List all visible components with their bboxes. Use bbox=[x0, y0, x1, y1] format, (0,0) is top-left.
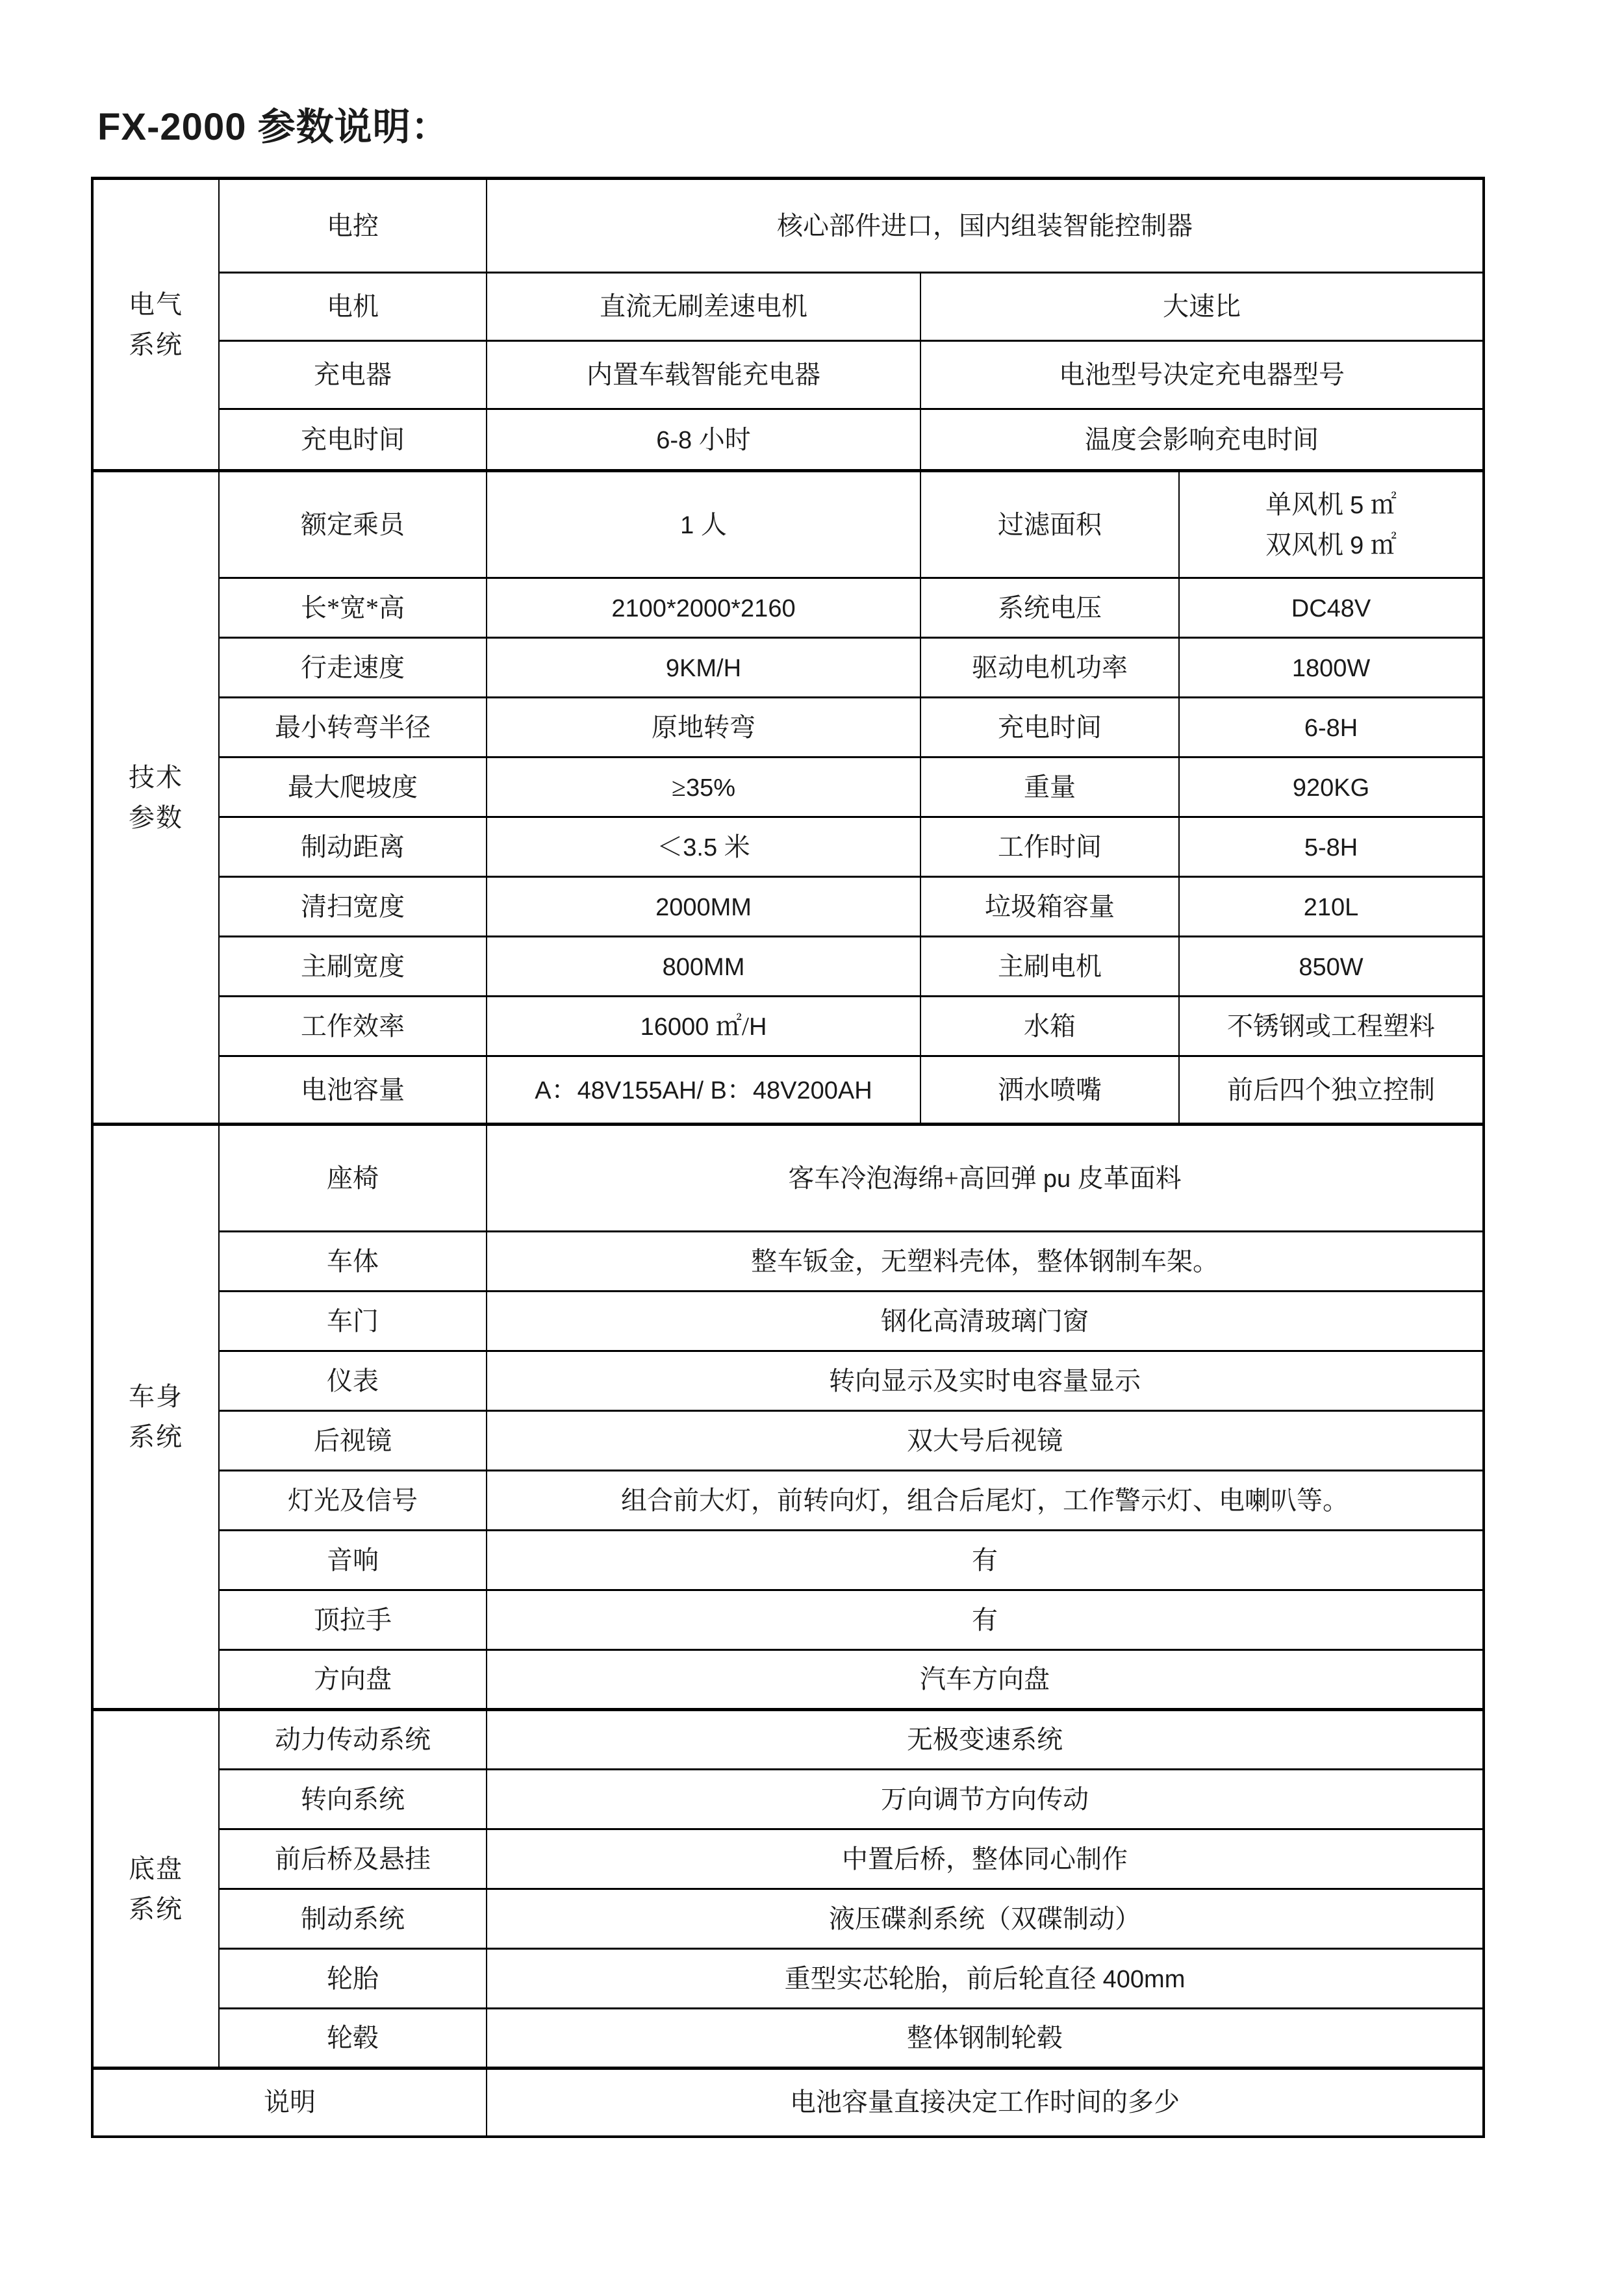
table-row: 音响有 bbox=[92, 1531, 1484, 1590]
spec-label-cell: 行走速度 bbox=[219, 638, 487, 698]
note-label-cell: 说明 bbox=[92, 2069, 487, 2137]
page-title: FX-2000 参数说明： bbox=[97, 96, 450, 151]
spec-value-cell: 钢化高清玻璃门窗 bbox=[487, 1292, 1484, 1351]
table-row: 最小转弯半径原地转弯充电时间6-8H bbox=[92, 698, 1484, 758]
latin-run: 6-8 bbox=[656, 427, 698, 454]
spec-value-cell: 整体钢制轮毂 bbox=[487, 2009, 1484, 2069]
spec-label-cell: 后视镜 bbox=[219, 1411, 487, 1471]
spec-label-cell: 额定乘员 bbox=[219, 471, 487, 578]
table-row: 制动系统液压碟刹系统（双碟制动） bbox=[92, 1889, 1484, 1949]
table-row: 顶拉手有 bbox=[92, 1590, 1484, 1650]
note-value-cell: 电池容量直接决定工作时间的多少 bbox=[487, 2069, 1484, 2137]
spec-value-cell: 过滤面积 bbox=[920, 471, 1179, 578]
spec-value-cell: A：48V155AH/ B：48V200AH bbox=[487, 1056, 920, 1125]
spec-label-cell: 电机 bbox=[219, 273, 487, 341]
spec-value-cell: 1800W bbox=[1179, 638, 1484, 698]
spec-value-cell: DC48V bbox=[1179, 578, 1484, 638]
table-row: 主刷宽度800MM主刷电机850W bbox=[92, 937, 1484, 997]
spec-table-body: 电气系统电控核心部件进口，国内组装智能控制器电机直流无刷差速电机大速比充电器内置… bbox=[92, 179, 1484, 2137]
spec-label-cell: 制动距离 bbox=[219, 817, 487, 877]
spec-value-cell: 9KM/H bbox=[487, 638, 920, 698]
spec-value-cell: 垃圾箱容量 bbox=[920, 877, 1179, 937]
spec-value-cell: 有 bbox=[487, 1590, 1484, 1650]
spec-label-cell: 最小转弯半径 bbox=[219, 698, 487, 758]
spec-value-cell: ＜3.5 米 bbox=[487, 817, 920, 877]
table-row-note: 说明电池容量直接决定工作时间的多少 bbox=[92, 2069, 1484, 2137]
spec-value-cell: 单风机 5 ㎡双风机 9 ㎡ bbox=[1179, 471, 1484, 578]
table-row: 长*宽*高2100*2000*2160系统电压DC48V bbox=[92, 578, 1484, 638]
spec-table: 电气系统电控核心部件进口，国内组装智能控制器电机直流无刷差速电机大速比充电器内置… bbox=[91, 177, 1485, 2138]
table-row: 车体整车钣金，无塑料壳体，整体钢制车架。 bbox=[92, 1232, 1484, 1292]
spec-value-cell: 组合前大灯，前转向灯，组合后尾灯，工作警示灯、电喇叭等。 bbox=[487, 1471, 1484, 1531]
spec-label-cell: 前后桥及悬挂 bbox=[219, 1829, 487, 1889]
spec-value-cell: 电池型号决定充电器型号 bbox=[920, 341, 1484, 409]
table-row: 灯光及信号组合前大灯，前转向灯，组合后尾灯，工作警示灯、电喇叭等。 bbox=[92, 1471, 1484, 1531]
section-header-cell-chassis-system: 底盘系统 bbox=[92, 1710, 219, 2069]
spec-label-cell: 车体 bbox=[219, 1232, 487, 1292]
table-row: 制动距离＜3.5 米工作时间5-8H bbox=[92, 817, 1484, 877]
latin-run: 16000 bbox=[641, 1013, 716, 1041]
spec-value-cell: 中置后桥，整体同心制作 bbox=[487, 1829, 1484, 1889]
spec-value-cell: 210L bbox=[1179, 877, 1484, 937]
latin-run: 48V155AH/ B bbox=[577, 1077, 727, 1104]
spec-value-cell: 液压碟刹系统（双碟制动） bbox=[487, 1889, 1484, 1949]
spec-value-cell: 1 人 bbox=[487, 471, 920, 578]
spec-value-cell: 整车钣金，无塑料壳体，整体钢制车架。 bbox=[487, 1232, 1484, 1292]
spec-label-cell: 座椅 bbox=[219, 1125, 487, 1232]
spec-value-cell: 2000MM bbox=[487, 877, 920, 937]
spec-value-cell: 800MM bbox=[487, 937, 920, 997]
latin-run: 850W bbox=[1299, 954, 1363, 981]
spec-label-cell: 长*宽*高 bbox=[219, 578, 487, 638]
spec-value-cell: 水箱 bbox=[920, 997, 1179, 1056]
table-row: 电气系统电控核心部件进口，国内组装智能控制器 bbox=[92, 179, 1484, 273]
spec-value-cell: 5-8H bbox=[1179, 817, 1484, 877]
table-row: 车身系统座椅客车冷泡海绵+高回弹 pu 皮革面料 bbox=[92, 1125, 1484, 1232]
spec-value-cell: 6-8 小时 bbox=[487, 409, 920, 471]
spec-label-cell: 轮胎 bbox=[219, 1949, 487, 2009]
latin-run: A bbox=[535, 1077, 551, 1104]
spec-value-cell: 原地转弯 bbox=[487, 698, 920, 758]
latin-run: pu bbox=[1043, 1165, 1078, 1193]
document-page: FX-2000 参数说明： 电气系统电控核心部件进口，国内组装智能控制器电机直流… bbox=[0, 0, 1624, 2279]
spec-value-cell: 万向调节方向传动 bbox=[487, 1770, 1484, 1829]
table-row: 仪表转向显示及实时电容量显示 bbox=[92, 1351, 1484, 1411]
spec-value-cell: 920KG bbox=[1179, 758, 1484, 817]
table-row: 工作效率16000 ㎡/H水箱不锈钢或工程塑料 bbox=[92, 997, 1484, 1056]
spec-value-cell: 重量 bbox=[920, 758, 1179, 817]
spec-label-cell: 电控 bbox=[219, 179, 487, 273]
table-row: 清扫宽度2000MM垃圾箱容量210L bbox=[92, 877, 1484, 937]
spec-value-cell: 2100*2000*2160 bbox=[487, 578, 920, 638]
table-row: 充电器内置车载智能充电器电池型号决定充电器型号 bbox=[92, 341, 1484, 409]
spec-label-cell: 充电时间 bbox=[219, 409, 487, 471]
table-row: 电池容量A：48V155AH/ B：48V200AH洒水喷嘴前后四个独立控制 bbox=[92, 1056, 1484, 1125]
spec-label-cell: 制动系统 bbox=[219, 1889, 487, 1949]
latin-run: 2100*2000*2160 bbox=[611, 595, 795, 622]
spec-value-cell: 直流无刷差速电机 bbox=[487, 273, 920, 341]
spec-value-cell: 核心部件进口，国内组装智能控制器 bbox=[487, 179, 1484, 273]
spec-value-cell: 无极变速系统 bbox=[487, 1710, 1484, 1770]
spec-label-cell: 轮毂 bbox=[219, 2009, 487, 2069]
spec-label-cell: 灯光及信号 bbox=[219, 1471, 487, 1531]
latin-run: 9KM/H bbox=[666, 655, 741, 682]
spec-label-cell: 车门 bbox=[219, 1292, 487, 1351]
latin-run: 800MM bbox=[663, 954, 745, 981]
spec-label-cell: 音响 bbox=[219, 1531, 487, 1590]
latin-run: 48V200AH bbox=[753, 1077, 872, 1104]
spec-value-cell: ≥35% bbox=[487, 758, 920, 817]
spec-value-cell: 温度会影响充电时间 bbox=[920, 409, 1484, 471]
spec-value-cell: 有 bbox=[487, 1531, 1484, 1590]
section-header-cell-technical-parameters: 技术参数 bbox=[92, 471, 219, 1125]
spec-label-cell: 仪表 bbox=[219, 1351, 487, 1411]
latin-run: 5 bbox=[1350, 492, 1371, 519]
table-row: 转向系统万向调节方向传动 bbox=[92, 1770, 1484, 1829]
spec-label-cell: 电池容量 bbox=[219, 1056, 487, 1125]
table-row: 方向盘汽车方向盘 bbox=[92, 1650, 1484, 1710]
spec-value-cell: 850W bbox=[1179, 937, 1484, 997]
spec-value-cell: 主刷电机 bbox=[920, 937, 1179, 997]
table-row: 前后桥及悬挂中置后桥，整体同心制作 bbox=[92, 1829, 1484, 1889]
table-row: 轮毂整体钢制轮毂 bbox=[92, 2009, 1484, 2069]
spec-value-cell: 汽车方向盘 bbox=[487, 1650, 1484, 1710]
spec-label-cell: 顶拉手 bbox=[219, 1590, 487, 1650]
spec-value-cell: 16000 ㎡/H bbox=[487, 997, 920, 1056]
latin-run: 35% bbox=[686, 774, 735, 802]
latin-run: 5-8H bbox=[1304, 834, 1358, 861]
spec-value-cell: 客车冷泡海绵+高回弹 pu 皮革面料 bbox=[487, 1125, 1484, 1232]
latin-run: 210L bbox=[1304, 894, 1359, 921]
table-row: 最大爬坡度≥35%重量920KG bbox=[92, 758, 1484, 817]
spec-value-cell: 转向显示及实时电容量显示 bbox=[487, 1351, 1484, 1411]
section-header-cell-electrical-system: 电气系统 bbox=[92, 179, 219, 471]
latin-run: 9 bbox=[1350, 532, 1371, 559]
table-row: 后视镜双大号后视镜 bbox=[92, 1411, 1484, 1471]
spec-value-cell: 6-8H bbox=[1179, 698, 1484, 758]
spec-label-cell: 工作效率 bbox=[219, 997, 487, 1056]
spec-value-cell: 内置车载智能充电器 bbox=[487, 341, 920, 409]
table-row: 车门钢化高清玻璃门窗 bbox=[92, 1292, 1484, 1351]
spec-label-cell: 转向系统 bbox=[219, 1770, 487, 1829]
spec-label-cell: 动力传动系统 bbox=[219, 1710, 487, 1770]
latin-run: 400mm bbox=[1103, 1966, 1186, 1993]
spec-value-cell: 洒水喷嘴 bbox=[920, 1056, 1179, 1125]
spec-value-cell: 系统电压 bbox=[920, 578, 1179, 638]
latin-run: 1800W bbox=[1292, 655, 1370, 682]
table-row: 充电时间6-8 小时温度会影响充电时间 bbox=[92, 409, 1484, 471]
latin-run: 3.5 bbox=[683, 834, 724, 861]
table-row: 轮胎重型实芯轮胎，前后轮直径 400mm bbox=[92, 1949, 1484, 2009]
spec-value-cell: 双大号后视镜 bbox=[487, 1411, 1484, 1471]
spec-label-cell: 清扫宽度 bbox=[219, 877, 487, 937]
latin-run: 6-8H bbox=[1304, 715, 1358, 742]
latin-run: 1 bbox=[680, 512, 701, 539]
latin-run: H bbox=[749, 1013, 767, 1041]
spec-value-cell: 工作时间 bbox=[920, 817, 1179, 877]
spec-value-cell: 前后四个独立控制 bbox=[1179, 1056, 1484, 1125]
spec-value-cell: 充电时间 bbox=[920, 698, 1179, 758]
spec-label-cell: 主刷宽度 bbox=[219, 937, 487, 997]
spec-label-cell: 方向盘 bbox=[219, 1650, 487, 1710]
spec-value-cell: 大速比 bbox=[920, 273, 1484, 341]
spec-label-cell: 充电器 bbox=[219, 341, 487, 409]
latin-run: DC48V bbox=[1291, 595, 1371, 622]
table-row: 技术参数额定乘员1 人过滤面积单风机 5 ㎡双风机 9 ㎡ bbox=[92, 471, 1484, 578]
latin-run: 920KG bbox=[1293, 774, 1369, 802]
section-header-cell-body-system: 车身系统 bbox=[92, 1125, 219, 1710]
spec-label-cell: 最大爬坡度 bbox=[219, 758, 487, 817]
spec-value-cell: 不锈钢或工程塑料 bbox=[1179, 997, 1484, 1056]
table-row: 底盘系统动力传动系统无极变速系统 bbox=[92, 1710, 1484, 1770]
table-row: 电机直流无刷差速电机大速比 bbox=[92, 273, 1484, 341]
spec-value-cell: 驱动电机功率 bbox=[920, 638, 1179, 698]
latin-run: 2000MM bbox=[655, 894, 752, 921]
spec-value-cell: 重型实芯轮胎，前后轮直径 400mm bbox=[487, 1949, 1484, 2009]
table-row: 行走速度9KM/H驱动电机功率1800W bbox=[92, 638, 1484, 698]
